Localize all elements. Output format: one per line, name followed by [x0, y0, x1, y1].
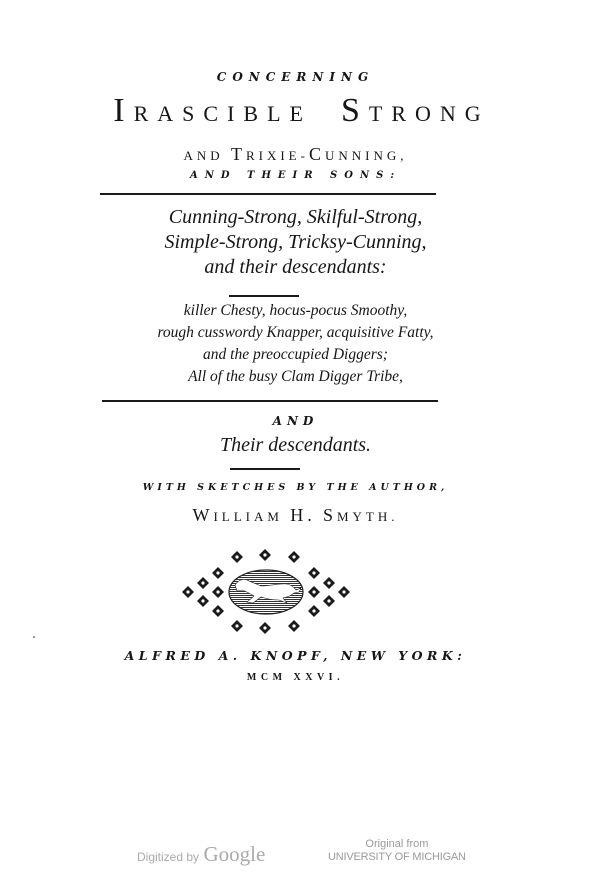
and-their-sons: AND THEIR SONS:	[0, 170, 591, 181]
with-sketches: WITH SKETCHES BY THE AUTHOR,	[0, 482, 591, 493]
subtitle: AND TRIXIE-CUNNING,	[0, 144, 591, 165]
author-name: WILLIAM H. SMYTH.	[0, 505, 591, 526]
their-descendants: Their descendants.	[0, 434, 591, 457]
google-logo: Google	[203, 842, 265, 866]
main-title: IRASCIBLE STRONG	[6, 92, 591, 130]
greyhound-vignette-icon	[175, 545, 355, 640]
publication-year: MCM XXVI.	[0, 672, 591, 683]
block2: killer Chesty, hocus-pocus Smoothy, roug…	[0, 300, 591, 388]
concerning-heading: CONCERNING	[0, 70, 591, 84]
rule-divider	[102, 400, 438, 402]
scan-speck	[33, 636, 35, 638]
block1: Cunning-Strong, Skilful-Strong, Simple-S…	[0, 205, 591, 280]
digitized-by-google: Digitized by Google	[137, 842, 265, 867]
original-from: Original from UNIVERSITY OF MICHIGAN	[328, 838, 466, 864]
and-label: AND	[0, 414, 591, 428]
short-rule	[229, 295, 299, 297]
publisher: ALFRED A. KNOPF, NEW YORK:	[0, 648, 591, 663]
rule-divider	[100, 193, 436, 195]
short-rule	[230, 468, 300, 470]
